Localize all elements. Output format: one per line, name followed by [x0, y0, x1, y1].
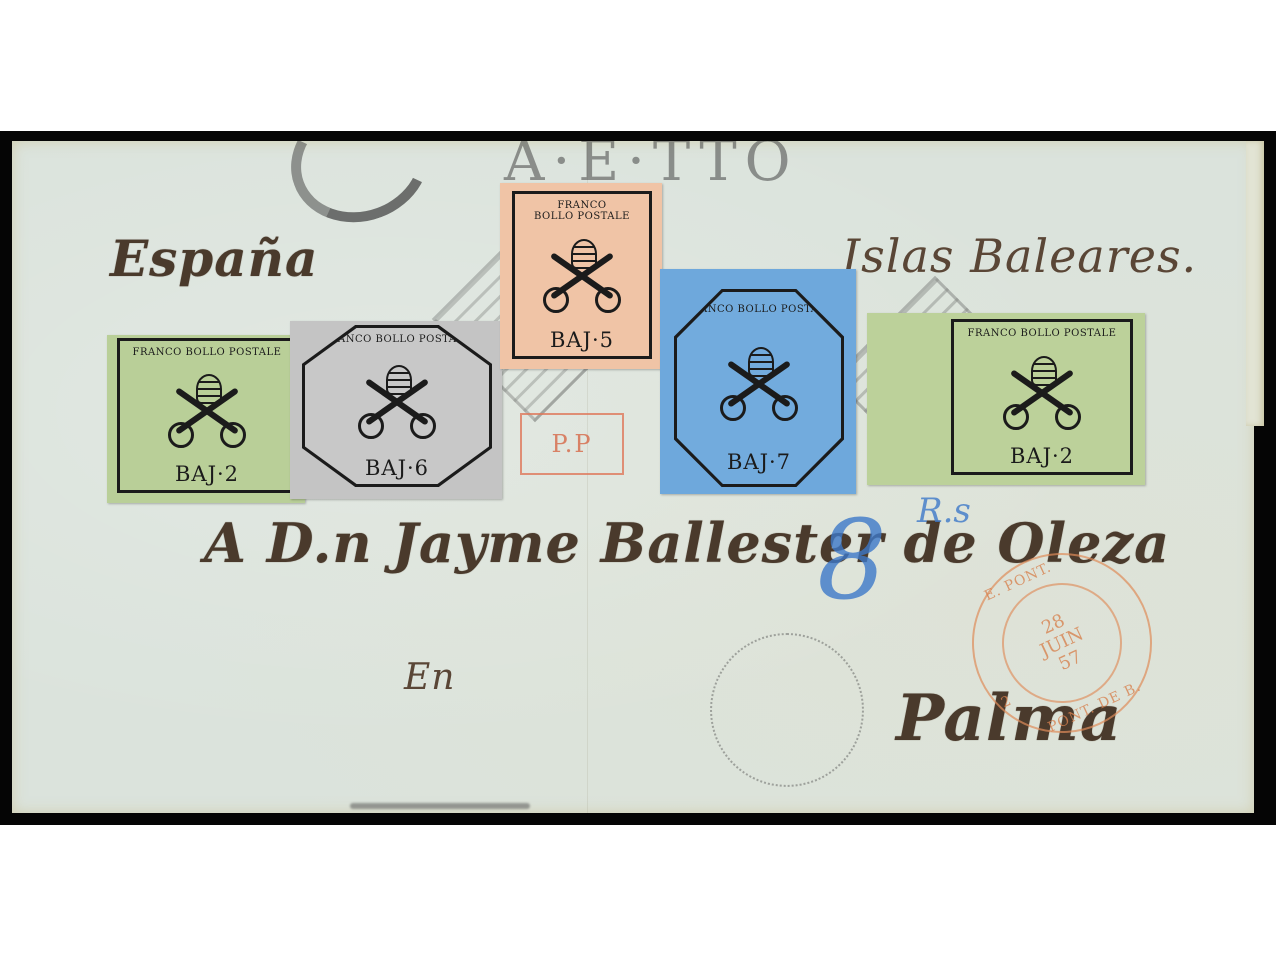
stamp-baj-5: FRANCO BOLLO POSTALE BAJ·5: [500, 183, 662, 369]
datestamp-number: 2: [999, 693, 1015, 712]
blue-rate-mark: 8: [817, 496, 887, 624]
stamp-header: FRANCO BOLLO POSTALE: [133, 347, 282, 358]
ink-smudge: [350, 803, 530, 809]
faint-grey-postmark: [710, 633, 864, 787]
stamp-baj-6: FRANCO BOLLO POSTALE BAJ·6: [290, 321, 502, 499]
stamp-value: BAJ·7: [727, 450, 791, 474]
pp-paid-mark: P.P: [520, 413, 624, 475]
papal-arms-icon: [714, 343, 804, 423]
handwritten-country: España: [110, 229, 318, 288]
stamp-frame: FRANCO BOLLO POSTALE BAJ·5: [512, 191, 652, 359]
stamp-octagon-frame: FRANCO BOLLO POSTALE BAJ·7: [674, 289, 844, 487]
papal-arms-icon: [537, 235, 627, 315]
stamp-baj-2-left: FRANCO BOLLO POSTALE BAJ·2: [107, 335, 305, 503]
stamp-baj-2-right: FRANCO BOLLO POSTALE BAJ·2: [867, 313, 1145, 485]
circular-cancel-partial: [274, 141, 447, 241]
letter-sheet: A·E·TTO España Islas Baleares. A D.n Jay…: [12, 141, 1254, 813]
stamp-value: BAJ·2: [175, 462, 239, 486]
papal-arms-icon: [162, 370, 252, 450]
stamp-baj-7: FRANCO BOLLO POSTALE BAJ·7: [660, 269, 856, 494]
stamp-frame: FRANCO BOLLO POSTALE BAJ·2: [117, 338, 297, 493]
handwritten-region: Islas Baleares.: [842, 229, 1197, 283]
stamp-value: BAJ·6: [365, 456, 429, 480]
stamp-frame: FRANCO BOLLO POSTALE BAJ·2: [951, 319, 1133, 475]
stamp-header: FRANCO BOLLO POSTALE: [968, 328, 1117, 339]
handwritten-en: En: [404, 657, 455, 698]
stamp-header-line1: FRANCO: [557, 200, 606, 211]
letter-fold-flap: [1246, 141, 1264, 426]
stamp-value: BAJ·2: [1010, 444, 1074, 468]
blue-rate-suffix: R.s: [917, 491, 971, 531]
stamp-value: BAJ·5: [550, 328, 614, 352]
stamp-header-line2: BOLLO POSTALE: [534, 211, 630, 222]
stamp-header: FRANCO BOLLO POSTALE: [323, 334, 472, 345]
papal-arms-icon: [997, 352, 1087, 432]
stamp-octagon-frame: FRANCO BOLLO POSTALE BAJ·6: [302, 325, 492, 487]
stamp-header: FRANCO BOLLO POSTALE: [534, 200, 630, 222]
stamp-header: FRANCO BOLLO POSTALE: [685, 304, 834, 315]
papal-arms-icon: [352, 361, 442, 441]
